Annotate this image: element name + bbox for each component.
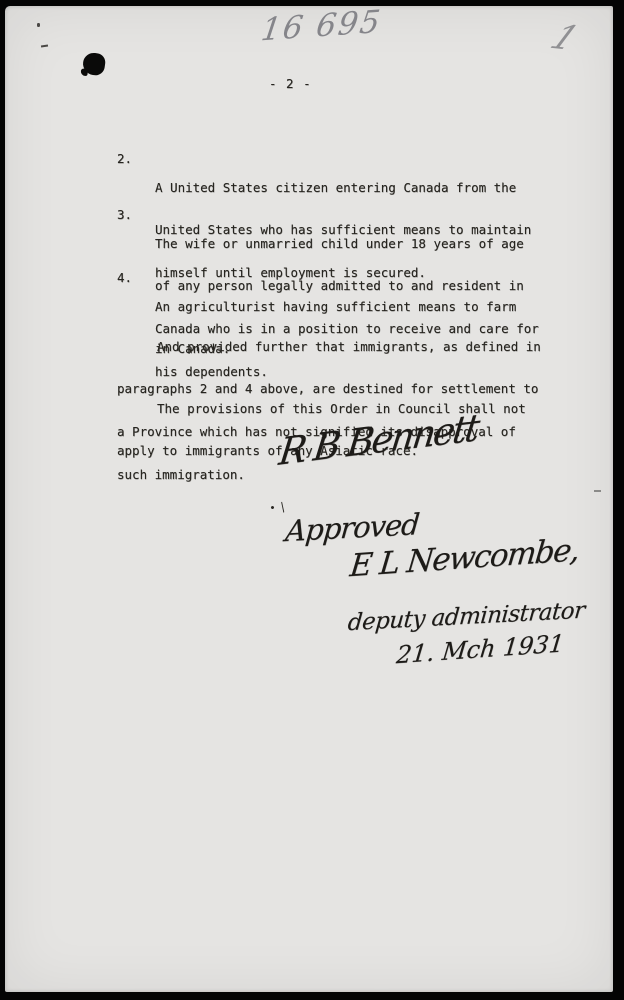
ink-blot [82, 52, 107, 77]
approved-annotation: Approved [284, 507, 420, 548]
clause-line: A United States citizen entering Canada … [155, 181, 557, 195]
page-content: 16 695 1 - 2 - 2. A United States citize… [0, 0, 624, 1000]
paragraph-line: And provided further that immigrants, as… [117, 340, 567, 354]
scanned-page: 16 695 1 - 2 - 2. A United States citize… [0, 0, 624, 1000]
signature-date: 21. Mch 1931 [395, 629, 566, 669]
handwritten-file-number: 16 695 [259, 4, 384, 49]
paragraph-line: The provisions of this Order in Council … [117, 402, 567, 416]
pencil-speck [594, 490, 601, 492]
clause-line: The wife or unmarried child under 18 yea… [155, 237, 557, 251]
handwritten-corner-mark: 1 [544, 18, 586, 58]
pencil-speck [41, 45, 48, 48]
pencil-speck [37, 23, 40, 27]
page-number: - 2 - [269, 77, 312, 91]
